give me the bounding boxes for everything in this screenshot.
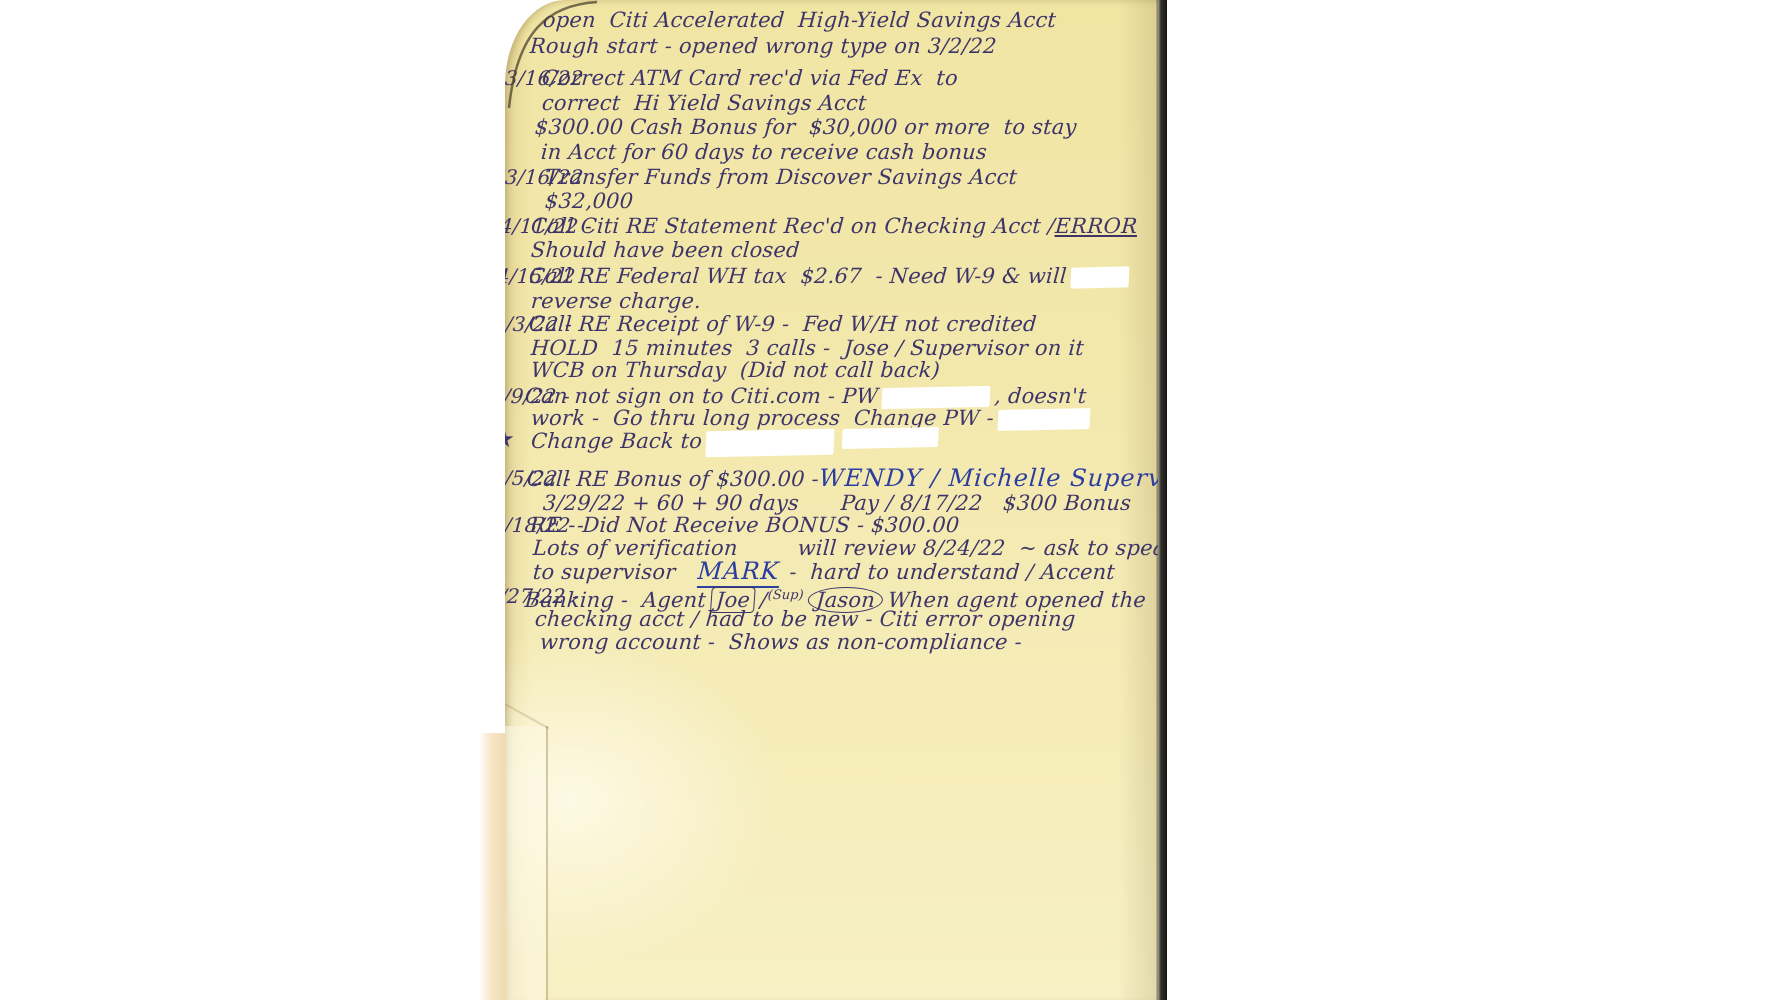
scanned-page-background: { "document_type": "scanned handwritten … bbox=[0, 0, 1778, 1000]
note-text: Can not sign on to Citi.com - PW bbox=[524, 384, 879, 408]
redaction-box bbox=[842, 426, 939, 448]
note-line: reverse charge. bbox=[530, 289, 702, 313]
sheet-edge-crease bbox=[546, 726, 548, 1000]
note-line: 3/16/22Transfer Funds from Discover Savi… bbox=[544, 165, 1018, 189]
entry-date: 4/11/22 - bbox=[505, 214, 593, 238]
note-line: 8/18/22 -RE - Did Not Receive BONUS - $3… bbox=[529, 513, 960, 537]
note-line: 3/29/22 + 60 + 90 daysPay / 8/17/22 $300… bbox=[542, 491, 1132, 515]
note-line: open Citi Accelerated High-Yield Savings… bbox=[542, 8, 1057, 32]
sup-annotation: (Sup) bbox=[767, 588, 804, 603]
entry-date: 8/5/22 - bbox=[505, 466, 572, 490]
note-text: in Acct for 60 days to receive cash bonu… bbox=[540, 140, 988, 164]
yellow-note-paper: open Citi Accelerated High-Yield Savings… bbox=[505, 0, 1158, 1000]
error-callout: ERROR bbox=[1054, 214, 1138, 238]
note-text: reverse charge. bbox=[530, 289, 702, 313]
note-text: $300.00 Cash Bonus for $30,000 or more t… bbox=[534, 115, 1077, 139]
note-line: $300.00 Cash Bonus for $30,000 or more t… bbox=[534, 115, 1077, 139]
note-line: work - Go thru long process Change PW - bbox=[530, 406, 1095, 430]
note-line: Lots of verificationwill review 8/24/22 … bbox=[532, 536, 1158, 560]
note-text: WCB on Thursday (Did not call back) bbox=[530, 358, 941, 382]
note-text: Correct ATM Card rec'd via Fed Ex to bbox=[541, 66, 959, 90]
note-text: $32,000 bbox=[544, 189, 634, 213]
note-line: 8/9/22 -Can not sign on to Citi.com - PW… bbox=[524, 384, 1087, 408]
note-text: - hard to understand / Accent bbox=[789, 560, 1116, 584]
torn-corner-edge bbox=[505, 0, 600, 115]
entry-date: 8/9/22 - bbox=[505, 384, 571, 408]
note-line: 8/5/22 -Call RE Bonus of $300.00 -WENDY … bbox=[526, 466, 1158, 491]
note-text: Call RE Receipt of W-9 - Fed W/H not cre… bbox=[528, 312, 1037, 336]
overlapping-sheet-corner bbox=[505, 726, 546, 1000]
entry-date: 5/3/22 - bbox=[505, 312, 573, 336]
note-text: Pay / 8/17/22 $300 Bonus bbox=[840, 491, 1132, 515]
note-line: 3/16/22Correct ATM Card rec'd via Fed Ex… bbox=[541, 66, 959, 90]
redaction-box bbox=[997, 408, 1090, 431]
star-icon: ★ bbox=[505, 427, 516, 451]
entry-date: 4/15/22 bbox=[505, 264, 576, 288]
scan-dark-edge bbox=[1156, 0, 1167, 1000]
entry-date: 8/18/22 - bbox=[505, 513, 585, 537]
note-text: wrong account - Shows as non-compliance … bbox=[539, 630, 1023, 654]
entry-date: 8/27/22 - bbox=[505, 584, 580, 608]
note-text: checking acct / had to be new - Citi err… bbox=[534, 607, 1076, 631]
note-text: to supervisor bbox=[532, 560, 676, 584]
note-line: HOLD 15 minutes 3 calls - Jose / Supervi… bbox=[530, 336, 1085, 360]
note-line: in Acct for 60 days to receive cash bonu… bbox=[540, 140, 988, 164]
note-line: 5/3/22 -Call RE Receipt of W-9 - Fed W/H… bbox=[528, 312, 1037, 336]
note-text: Transfer Funds from Discover Savings Acc… bbox=[544, 165, 1018, 189]
page-edge-under-sheet bbox=[479, 733, 506, 1000]
note-text: open Citi Accelerated High-Yield Savings… bbox=[542, 8, 1057, 32]
note-line: $32,000 bbox=[544, 189, 634, 213]
note-line: wrong account - Shows as non-compliance … bbox=[539, 630, 1023, 654]
note-text: RE - Did Not Receive BONUS - $300.00 bbox=[529, 513, 960, 537]
note-line: Should have been closed bbox=[530, 238, 800, 262]
note-text: Call RE Federal WH tax $2.67 - Need W-9 … bbox=[528, 264, 1067, 288]
redaction-box bbox=[705, 428, 834, 457]
note-line: WCB on Thursday (Did not call back) bbox=[530, 358, 941, 382]
redaction-box bbox=[1070, 266, 1129, 288]
note-text: will review 8/24/22 ~ ask to speak bbox=[797, 536, 1158, 560]
note-text: 3/29/22 + 60 + 90 days bbox=[542, 491, 800, 515]
note-text: Should have been closed bbox=[530, 238, 800, 262]
note-text: Call Citi RE Statement Rec'd on Checking… bbox=[530, 214, 1056, 238]
note-line: ★Change Back to bbox=[530, 429, 943, 456]
note-line: 4/11/22 -Call Citi RE Statement Rec'd on… bbox=[530, 214, 1138, 238]
note-line: to supervisorMARK- hard to understand / … bbox=[532, 559, 1116, 584]
agent-names-blue-ink: WENDY / Michelle Supervisor bbox=[818, 464, 1158, 492]
note-text: HOLD 15 minutes 3 calls - Jose / Supervi… bbox=[530, 336, 1085, 360]
note-line: 4/15/22Call RE Federal WH tax $2.67 - Ne… bbox=[528, 264, 1133, 288]
note-text: Change Back to bbox=[530, 429, 703, 453]
entry-date: 3/16/22 bbox=[505, 165, 584, 189]
note-text: , doesn't bbox=[993, 384, 1087, 408]
note-line: checking acct / had to be new - Citi err… bbox=[534, 607, 1076, 631]
